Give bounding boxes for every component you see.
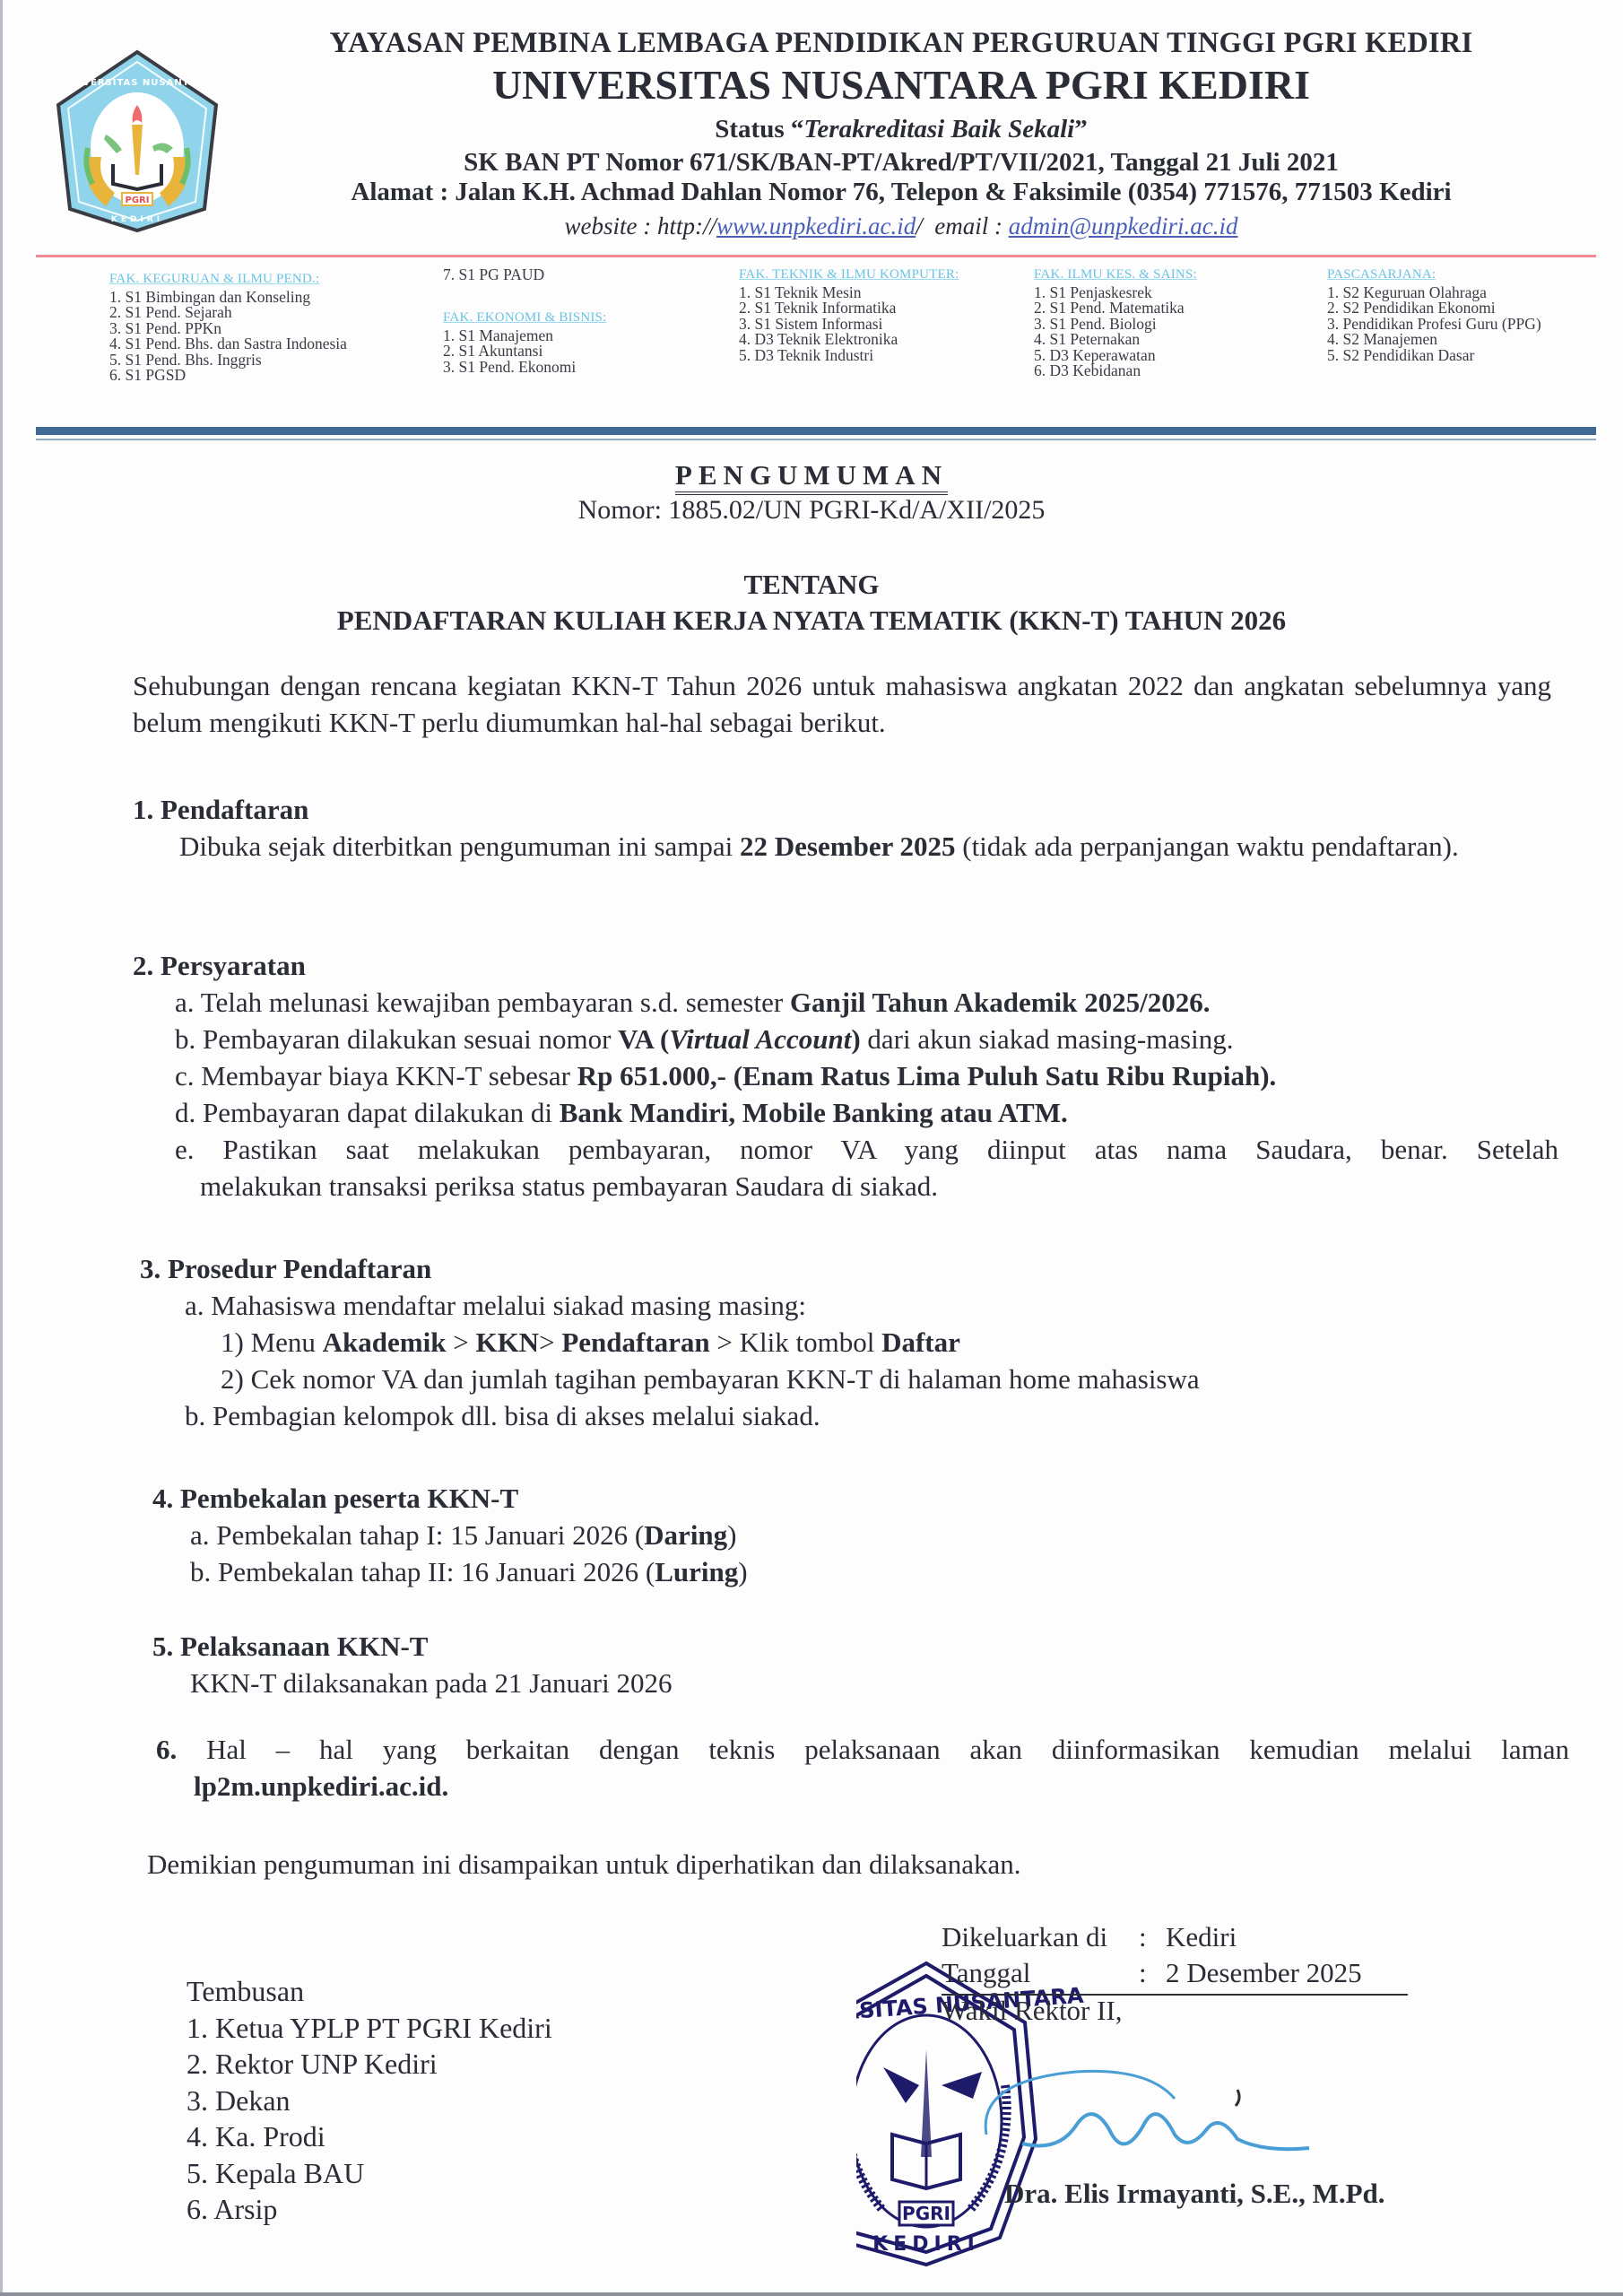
announcement-number: Nomor: 1885.02/UN PGRI-Kd/A/XII/2025 (0, 495, 1623, 526)
announcement-subject: PENDAFTARAN KULIAH KERJA NYATA TEMATIK (… (0, 604, 1623, 637)
address: Alamat : Jalan K.H. Achmad Dahlan Nomor … (260, 178, 1542, 207)
faculty-fiks: FAK. ILMU KES. & SAINS: 1. S1 Penjaskesr… (1034, 267, 1197, 379)
faculty-feb: FAK. EKONOMI & BISNIS: 1. S1 Manajemen 2… (443, 310, 606, 375)
program-item: 5. D3 Teknik Industri (739, 348, 959, 364)
university-name: UNIVERSITAS NUSANTARA PGRI KEDIRI (260, 61, 1542, 109)
requirement-item: b. Pembayaran dilakukan sesuai nomor VA … (175, 1021, 1558, 1057)
program-item: 6. S1 PGSD (109, 368, 347, 384)
lp2m-link[interactable]: lp2m.unpkediri.ac.id. (194, 1768, 1569, 1805)
issued-date-row: Tanggal:2 Desember 2025 (942, 1955, 1362, 1991)
requirement-item: d. Pembayaran dapat dilakukan di Bank Ma… (175, 1094, 1558, 1131)
program-item: 4. S1 Pend. Bhs. dan Sastra Indonesia (109, 336, 347, 352)
faculty-heading: PASCASARJANA: (1327, 267, 1541, 283)
issued-date: 2 Desember 2025 (1166, 1955, 1362, 1991)
faculty-heading: FAK. TEKNIK & ILMU KOMPUTER: (739, 267, 959, 283)
program-item: 4. D3 Teknik Elektronika (739, 332, 959, 348)
program-item: 2. S1 Pend. Sejarah (109, 305, 347, 321)
section-heading: 2. Persyaratan (133, 947, 1558, 984)
copy-recipient: 1. Ketua YPLP PT PGRI Kediri (187, 2010, 552, 2047)
requirement-item: e. Pastikan saat melakukan pembayaran, n… (175, 1131, 1558, 1205)
fee-amount: Rp 651.000,- (Enam Ratus Lima Puluh Satu… (577, 1060, 1277, 1091)
svg-text:KEDIRI: KEDIRI (111, 215, 163, 224)
copy-recipient: 2. Rektor UNP Kediri (187, 2046, 552, 2083)
requirement-item: c. Membayar biaya KKN-T sebesar Rp 651.0… (175, 1057, 1558, 1094)
university-logo-icon: PGRI UNIVERSITAS NUSANTARA KEDIRI (52, 49, 222, 233)
procedure-step: 2) Cek nomor VA dan jumlah tagihan pemba… (221, 1361, 1566, 1397)
intro-paragraph: Sehubungan dengan rencana kegiatan KKN-T… (133, 667, 1551, 741)
program-item: 4. S1 Peternakan (1034, 332, 1197, 348)
section-heading: 1. Pendaftaran (133, 791, 1558, 828)
briefing-item: b. Pembekalan tahap II: 16 Januari 2026 … (190, 1553, 1578, 1590)
procedure-item: a. Mahasiswa mendaftar melalui siakad ma… (185, 1287, 1566, 1324)
faculty-heading: FAK. ILMU KES. & SAINS: (1034, 267, 1197, 283)
svg-text:PGRI: PGRI (126, 196, 150, 205)
registration-deadline: 22 Desember 2025 (740, 831, 956, 862)
program-item: 2. S2 Pendidikan Ekonomi (1327, 300, 1541, 317)
section-heading: 3. Prosedur Pendaftaran (140, 1250, 1566, 1287)
briefing-item: a. Pembekalan tahap I: 15 Januari 2026 (… (190, 1517, 1578, 1553)
faculty-pascasarjana: PASCASARJANA: 1. S2 Keguruan Olahraga 2.… (1327, 267, 1541, 363)
signer-name: Dra. Elis Irmayanti, S.E., M.Pd. (1004, 2178, 1385, 2210)
section-heading: 5. Pelaksanaan KKN-T (152, 1628, 1578, 1665)
svg-text:PGRI: PGRI (902, 2203, 950, 2224)
copy-recipient: 3. Dekan (187, 2083, 552, 2119)
copy-recipient: 4. Ka. Prodi (187, 2118, 552, 2155)
announcement-about: TENTANG (0, 569, 1623, 601)
section-requirements: 2. Persyaratan a. Telah melunasi kewajib… (133, 947, 1558, 1205)
procedure-step: 1) Menu Akademik > KKN> Pendaftaran > Kl… (221, 1324, 1566, 1361)
section-registration: 1. Pendaftaran Dibuka sejak diterbitkan … (133, 791, 1558, 865)
accreditation-status: Status “Terakreditasi Baik Sekali” (260, 115, 1542, 144)
email-link[interactable]: admin@unpkediri.ac.id (1009, 213, 1238, 239)
faculty-ftik: FAK. TEKNIK & ILMU KOMPUTER: 1. S1 Tekni… (739, 267, 959, 363)
faculty-heading: FAK. EKONOMI & BISNIS: (443, 310, 606, 326)
program-item: 3. S1 Pend. Ekonomi (443, 360, 606, 376)
svg-text:KEDIRI: KEDIRI (872, 2233, 980, 2256)
registration-text: Dibuka sejak diterbitkan pengumuman ini … (179, 828, 1558, 865)
website-link[interactable]: www.unpkediri.ac.id (716, 213, 916, 239)
copy-recipients-title: Tembusan (187, 1973, 552, 2010)
faculty-heading: FAK. KEGURUAN & ILMU PEND.: (109, 272, 347, 288)
program-item: 6. D3 Kebidanan (1034, 363, 1197, 379)
svg-text:UNIVERSITAS NUSANTARA: UNIVERSITAS NUSANTARA (62, 78, 213, 88)
header-divider-thin (36, 439, 1596, 440)
issuance-info: Dikeluarkan di:Kediri Tanggal:2 Desember… (942, 1919, 1362, 1991)
accreditation-decree: SK BAN PT Nomor 671/SK/BAN-PT/Akred/PT/V… (260, 148, 1542, 178)
header-divider-navy (36, 427, 1596, 435)
section-further-info: 6. Hal – hal yang berkaitan dengan tekni… (156, 1731, 1569, 1805)
announcement-title: PENGUMUMAN (0, 459, 1623, 491)
handwritten-signature-icon (968, 2063, 1399, 2170)
procedure-item: b. Pembagian kelompok dll. bisa di akses… (185, 1397, 1566, 1434)
section-procedure: 3. Prosedur Pendaftaran a. Mahasiswa men… (140, 1250, 1566, 1434)
program-item: 4. S2 Manajemen (1327, 332, 1541, 348)
signer-position: Wakil Rektor II, (942, 1995, 1123, 2027)
issued-place-row: Dikeluarkan di:Kediri (942, 1919, 1362, 1955)
faculty-fkip: FAK. KEGURUAN & ILMU PEND.: 1. S1 Bimbin… (109, 272, 347, 384)
header-divider-red (36, 255, 1596, 257)
copy-recipients: Tembusan 1. Ketua YPLP PT PGRI Kediri 2.… (187, 1973, 552, 2228)
faculty-fkip-continued: 7. S1 PG PAUD (443, 267, 544, 283)
copy-recipient: 6. Arsip (187, 2191, 552, 2228)
section-heading: 4. Pembekalan peserta KKN-T (152, 1480, 1578, 1517)
program-item: 5. S2 Pendidikan Dasar (1327, 348, 1541, 364)
requirement-item: a. Telah melunasi kewajiban pembayaran s… (175, 984, 1558, 1021)
closing-statement: Demikian pengumuman ini disampaikan untu… (147, 1846, 1021, 1883)
program-item: 2. S1 Akuntansi (443, 344, 606, 360)
section-briefing: 4. Pembekalan peserta KKN-T a. Pembekala… (152, 1480, 1578, 1590)
program-item: 2. S1 Pend. Matematika (1034, 300, 1197, 317)
program-item: 7. S1 PG PAUD (443, 267, 544, 283)
implementation-text: KKN-T dilaksanakan pada 21 Januari 2026 (190, 1665, 1578, 1701)
scan-edge-bottom (0, 2292, 1623, 2296)
scan-edge-left (0, 0, 3, 2296)
section-implementation: 5. Pelaksanaan KKN-T KKN-T dilaksanakan … (152, 1628, 1578, 1701)
issued-place: Kediri (1166, 1919, 1237, 1955)
foundation-name: YAYASAN PEMBINA LEMBAGA PENDIDIKAN PERGU… (273, 27, 1529, 60)
contact-line: website : http://www.unpkediri.ac.id/ em… (260, 213, 1542, 240)
copy-recipient: 5. Kepala BAU (187, 2155, 552, 2192)
program-item: 2. S1 Teknik Informatika (739, 300, 959, 317)
